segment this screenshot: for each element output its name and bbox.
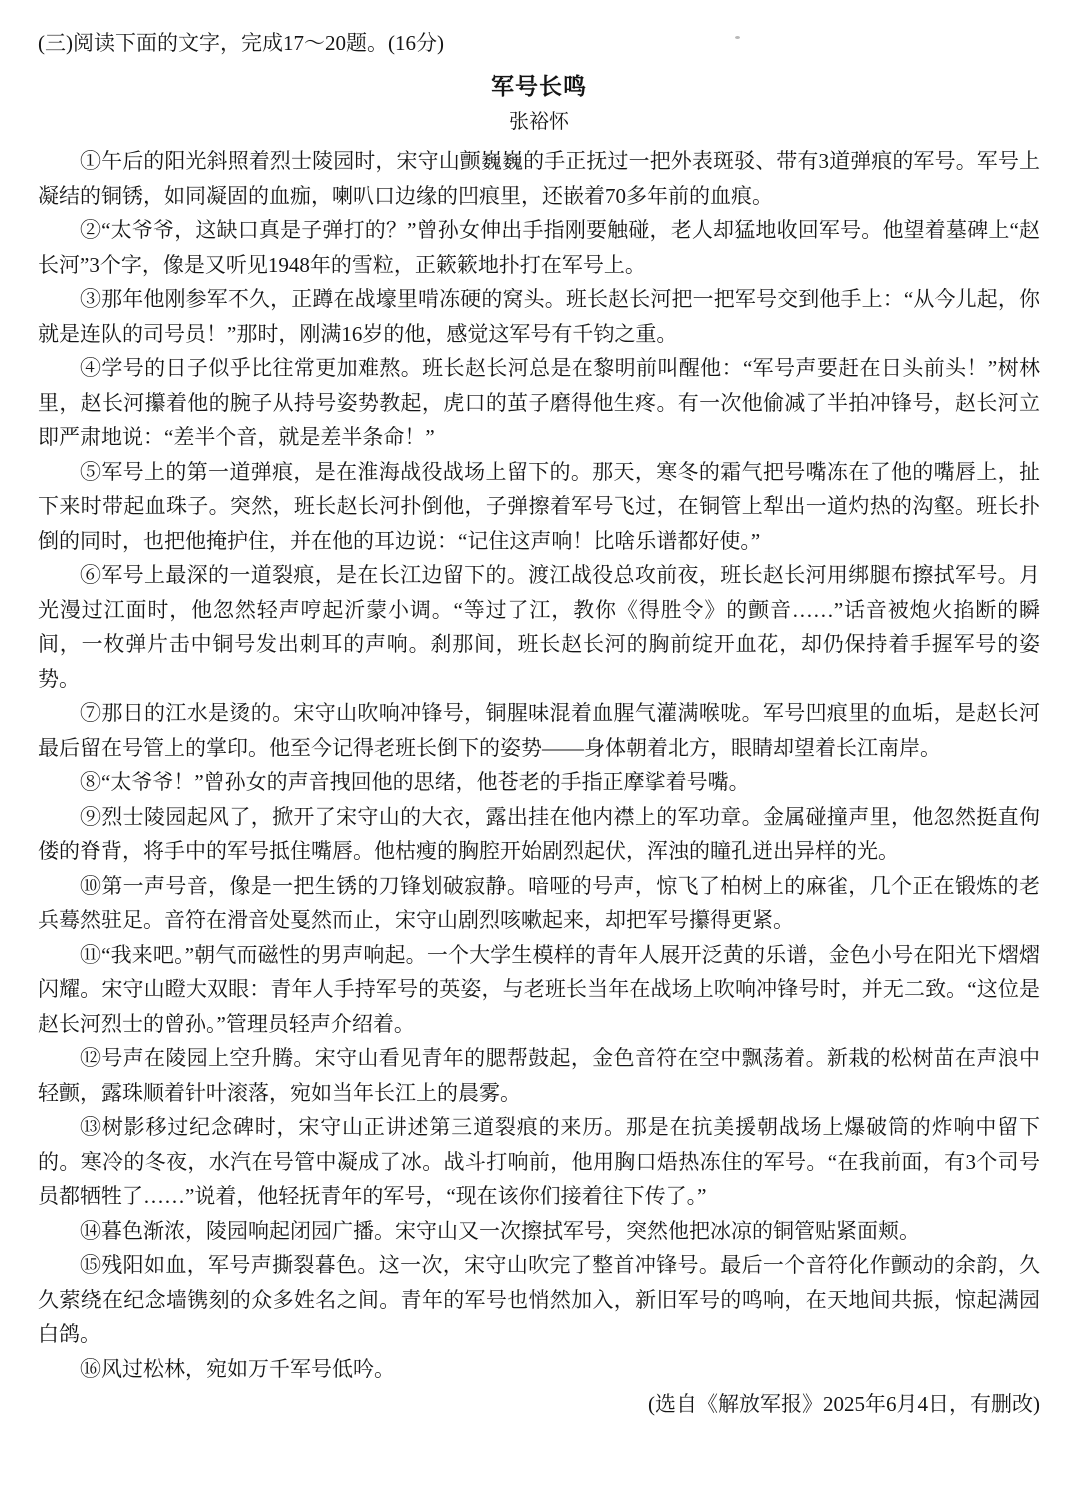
paragraph-14: ⑭暮色渐浓，陵园响起闭园广播。宋守山又一次擦拭军号，突然他把冰凉的铜管贴紧面颊。 <box>38 1214 1040 1249</box>
paragraph-11: ⑪“我来吧。”朝气而磁性的男声响起。一个大学生模样的青年人展开泛黄的乐谱，金色小… <box>38 938 1040 1042</box>
paragraph-1: ①午后的阳光斜照着烈士陵园时，宋守山颤巍巍的手正抚过一把外表斑驳、带有3道弹痕的… <box>38 144 1040 213</box>
paragraph-15: ⑮残阳如血，军号声撕裂暮色。这一次，宋守山吹完了整首冲锋号。最后一个音符化作颤动… <box>38 1248 1040 1352</box>
attribution: (选自《解放军报》2025年6月4日，有删改) <box>38 1387 1040 1422</box>
paragraph-12: ⑫号声在陵园上空升腾。宋守山看见青年的腮帮鼓起，金色音符在空中飘荡着。新栽的松树… <box>38 1041 1040 1110</box>
article-body: ①午后的阳光斜照着烈士陵园时，宋守山颤巍巍的手正抚过一把外表斑驳、带有3道弹痕的… <box>38 144 1040 1386</box>
paragraph-8: ⑧“太爷爷！”曾孙女的声音拽回他的思绪，他苍老的手指正摩挲着号嘴。 <box>38 765 1040 800</box>
paragraph-5: ⑤军号上的第一道弹痕，是在淮海战役战场上留下的。那天，寒冬的霜气把号嘴冻在了他的… <box>38 455 1040 559</box>
scan-artifact-dot <box>735 36 740 39</box>
paragraph-9: ⑨烈士陵园起风了，掀开了宋守山的大衣，露出挂在他内襟上的军功章。金属碰撞声里，他… <box>38 800 1040 869</box>
section-header: (三)阅读下面的文字，完成17～20题。(16分) <box>38 26 1040 60</box>
document-page: (三)阅读下面的文字，完成17～20题。(16分) 军号长鸣 张裕怀 ①午后的阳… <box>0 0 1080 1488</box>
article-author: 张裕怀 <box>38 106 1040 138</box>
paragraph-13: ⑬树影移过纪念碑时，宋守山正讲述第三道裂痕的来历。那是在抗美援朝战场上爆破筒的炸… <box>38 1110 1040 1214</box>
paragraph-7: ⑦那日的江水是烫的。宋守山吹响冲锋号，铜腥味混着血腥气灌满喉咙。军号凹痕里的血垢… <box>38 696 1040 765</box>
paragraph-6: ⑥军号上最深的一道裂痕，是在长江边留下的。渡江战役总攻前夜，班长赵长河用绑腿布擦… <box>38 558 1040 696</box>
paragraph-16: ⑯风过松林，宛如万千军号低吟。 <box>38 1352 1040 1387</box>
paragraph-10: ⑩第一声号音，像是一把生锈的刀锋划破寂静。喑哑的号声，惊飞了柏树上的麻雀，几个正… <box>38 869 1040 938</box>
paragraph-2: ②“太爷爷，这缺口真是子弹打的？”曾孙女伸出手指刚要触碰，老人却猛地收回军号。他… <box>38 213 1040 282</box>
paragraph-3: ③那年他刚参军不久，正蹲在战壕里啃冻硬的窝头。班长赵长河把一把军号交到他手上：“… <box>38 282 1040 351</box>
paragraph-4: ④学号的日子似乎比往常更加难熬。班长赵长河总是在黎明前叫醒他：“军号声要赶在日头… <box>38 351 1040 455</box>
article-title: 军号长鸣 <box>38 70 1040 104</box>
